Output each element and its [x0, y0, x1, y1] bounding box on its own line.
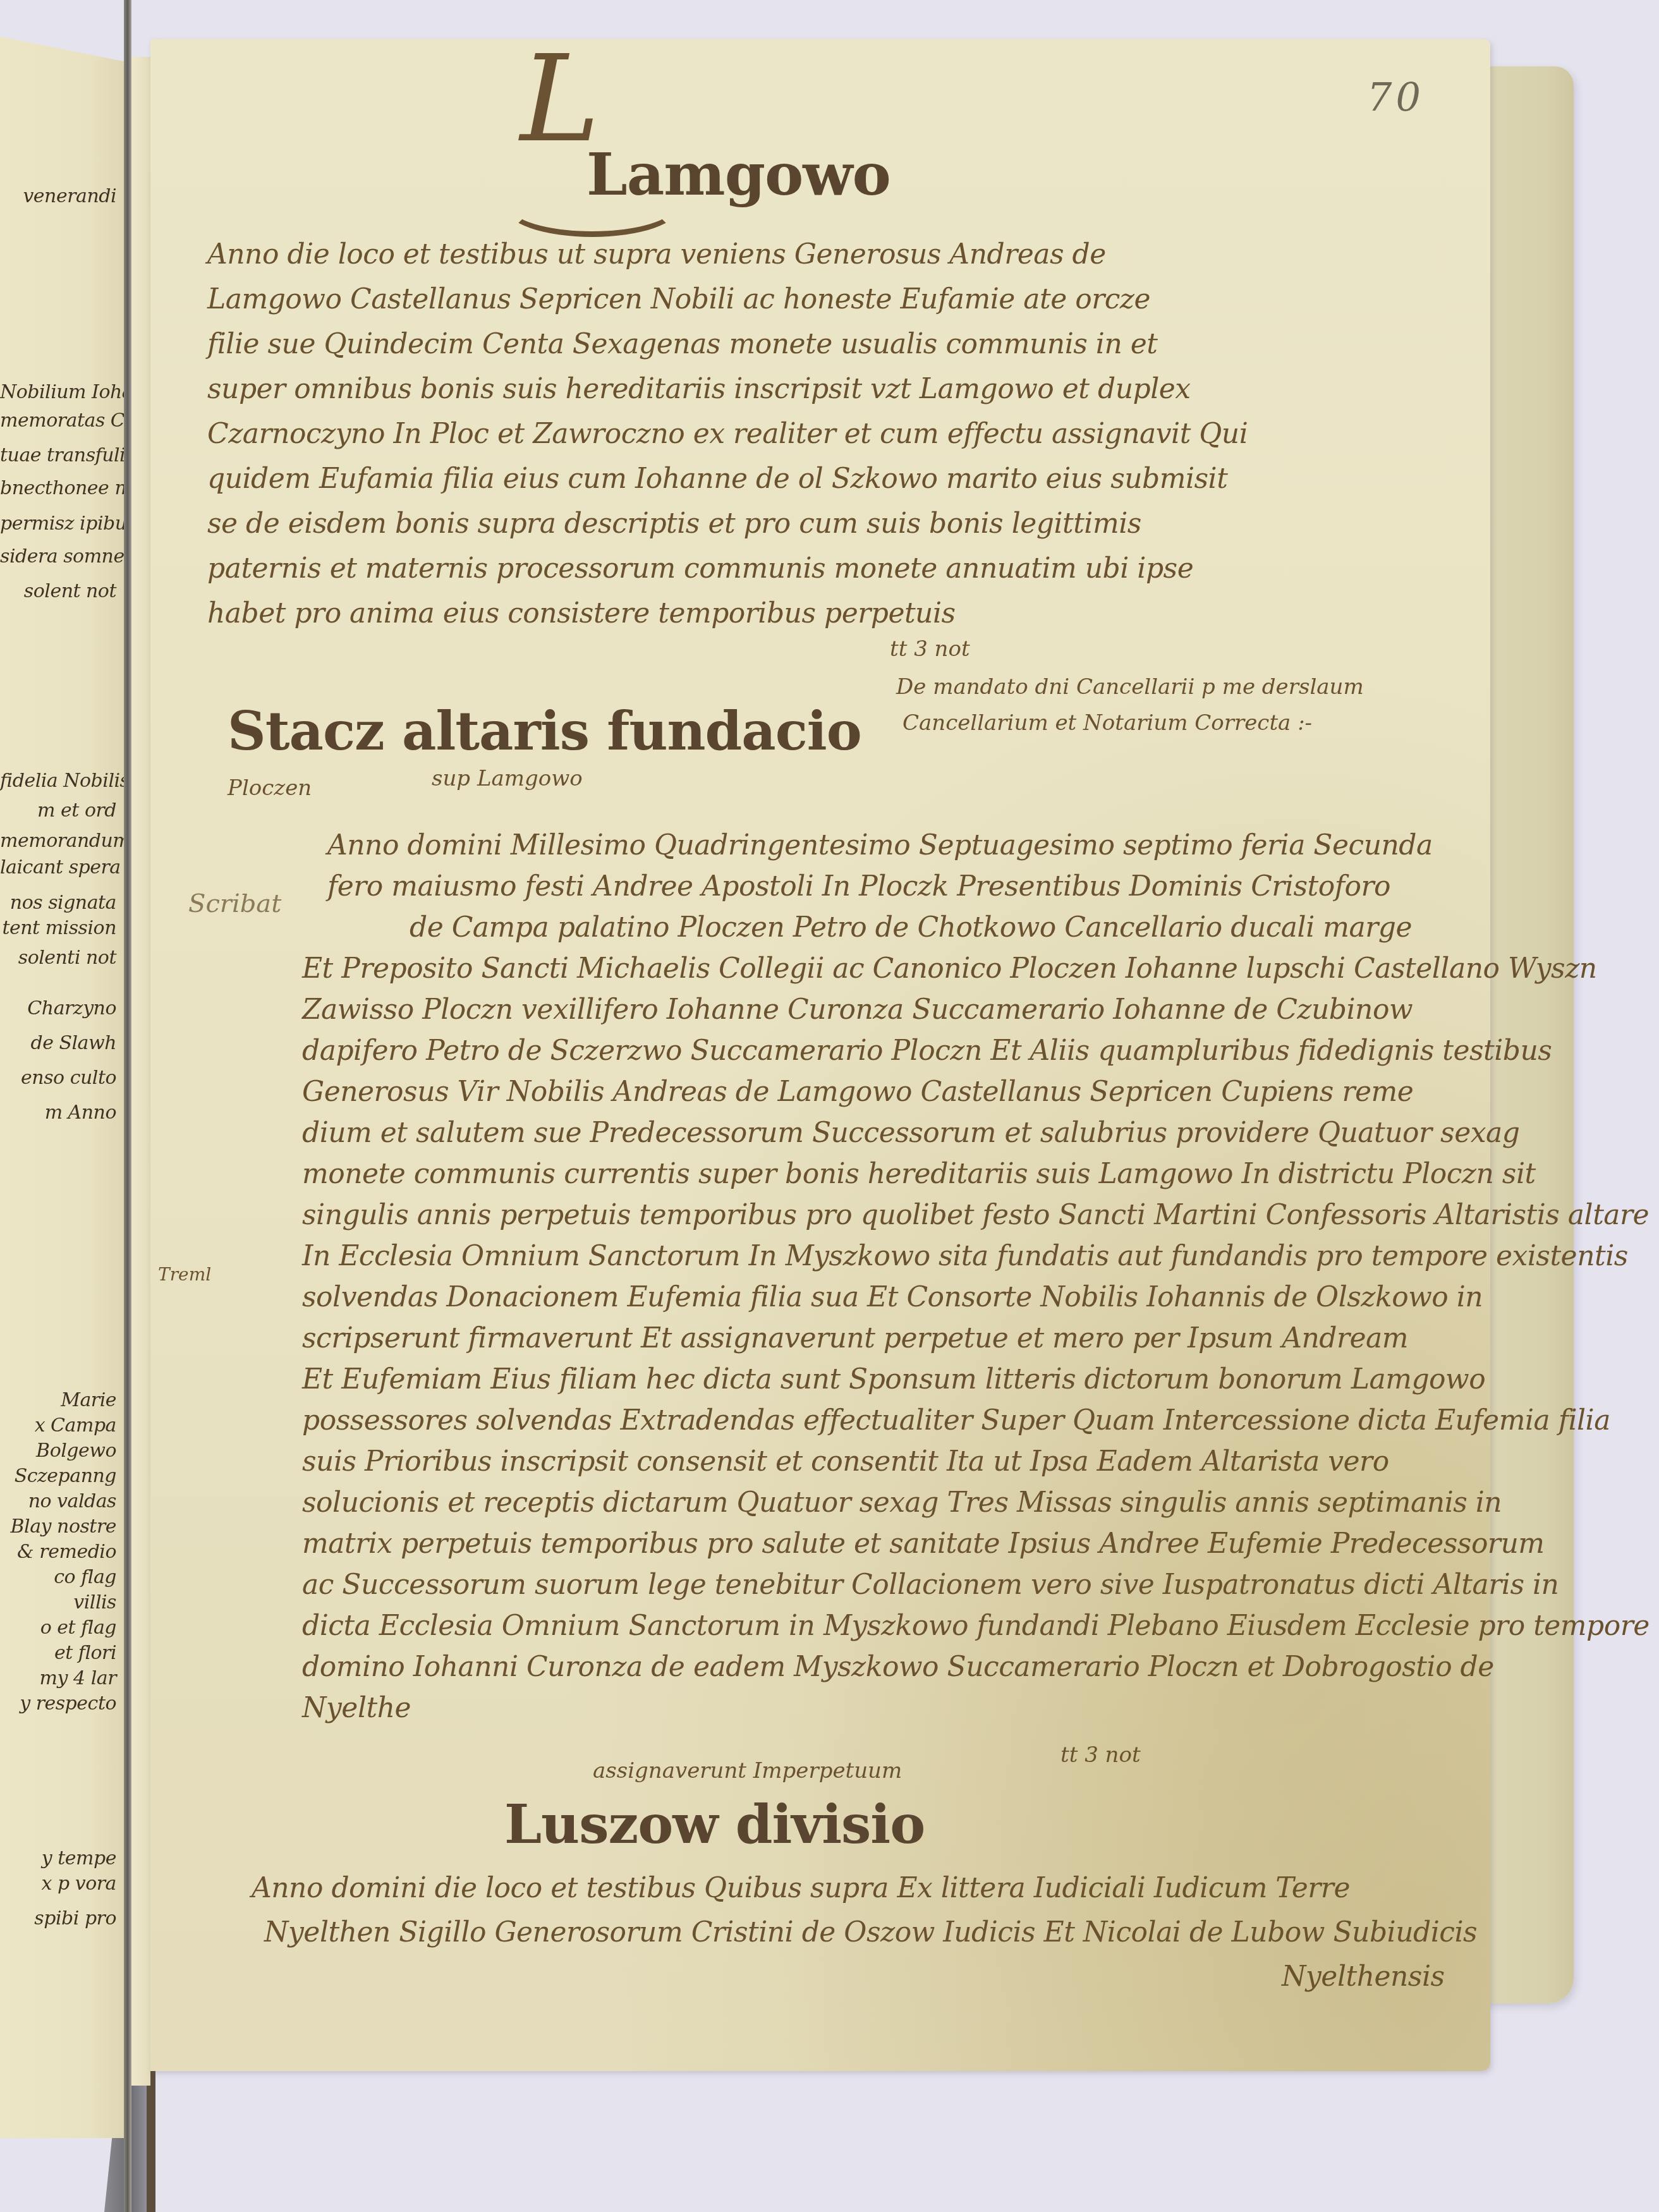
left-page-note: tent mission — [0, 915, 126, 942]
side-note-line-1: De mandato dni Cancellarii p me derslaum — [896, 674, 1364, 700]
text-line: Anno domini die loco et testibus Quibus … — [252, 1872, 1350, 1904]
left-page-note: Marie — [0, 1387, 126, 1414]
text-line: Anno domini Millesimo Quadringentesimo S… — [327, 829, 1433, 861]
text-line: dium et salutem sue Predecessorum Succes… — [302, 1117, 1519, 1149]
text-line: fero maiusmo festi Andree Apostoli In Pl… — [327, 870, 1390, 902]
left-page-note: bnecthonee m — [0, 475, 126, 502]
left-page-note: venerandi — [0, 183, 126, 210]
binding-gutter — [124, 0, 131, 2212]
subheading-ploczen: Ploczen — [228, 775, 312, 801]
main-folio: 70 L Lamgowo Anno die loco et testibus u… — [150, 39, 1490, 2071]
folio-number: 70 — [1367, 74, 1425, 120]
left-page-note: fidelia Nobilis — [0, 768, 126, 794]
left-page-note: Charzyno — [0, 995, 126, 1022]
text-line: solucionis et receptis dictarum Quatuor … — [302, 1486, 1502, 1519]
heading-lamgowo: Lamgowo — [586, 140, 890, 209]
left-page-note: enso culto — [0, 1065, 126, 1091]
text-line: Generosus Vir Nobilis Andreas de Lamgowo… — [302, 1076, 1413, 1108]
left-page-note: spibi pro — [0, 1905, 126, 1932]
left-page-note: my 4 lar — [0, 1665, 126, 1692]
text-line: filie sue Quindecim Centa Sexagenas mone… — [207, 328, 1157, 360]
marginal-mark: tt 3 not — [890, 636, 970, 662]
left-page-note: Bolgewo — [0, 1438, 126, 1464]
gutter-strip — [131, 57, 150, 2086]
text-line: monete communis currentis super bonis he… — [302, 1158, 1536, 1190]
left-page-note: Sczepanng — [0, 1463, 126, 1490]
left-page-note: co flag — [0, 1564, 126, 1591]
text-line: Et Preposito Sancti Michaelis Collegii a… — [302, 952, 1597, 985]
heading-stacz-altaris-fundacio: Stacz altaris fundacio — [228, 700, 861, 762]
left-page-note: memorandum — [0, 828, 126, 854]
left-page-note: sidera somnent — [0, 544, 126, 570]
text-line: se de eisdem bonis supra descriptis et p… — [207, 507, 1141, 540]
left-page-note: x Campa — [0, 1413, 126, 1439]
left-page-note: Nobilium Iohan — [0, 379, 126, 406]
text-line: suis Prioribus inscripsit consensit et c… — [302, 1445, 1389, 1478]
text-line: scripserunt firmaverunt Et assignaverunt… — [302, 1322, 1408, 1354]
left-page-note: no valdas — [0, 1488, 126, 1515]
left-page-note: villis — [0, 1589, 126, 1616]
text-line: matrix perpetuis temporibus pro salute e… — [302, 1528, 1544, 1560]
text-line: Zawisso Ploczn vexillifero Iohanne Curon… — [302, 994, 1413, 1026]
section-2-trailing-words: assignaverunt Imperpetuum — [593, 1758, 902, 1784]
text-line: Czarnoczyno In Ploc et Zawroczno ex real… — [207, 418, 1248, 450]
subheading-sup-lamgowo: sup Lamgowo — [432, 766, 583, 791]
left-page-note: y respecto — [0, 1691, 126, 1717]
left-page-note: nos signata — [0, 890, 126, 916]
text-line: Nyelthen Sigillo Generosorum Cristini de… — [264, 1916, 1477, 1948]
left-page-note: permisz ipibus — [0, 511, 126, 537]
left-page-note: m Anno — [0, 1100, 126, 1126]
text-line: In Ecclesia Omnium Sanctorum In Myszkowo… — [302, 1240, 1628, 1272]
text-line: possessores solvendas Extradendas effect… — [302, 1404, 1610, 1437]
text-line: solvendas Donacionem Eufemia filia sua E… — [302, 1281, 1483, 1313]
margin-note-scribat: Scribat — [188, 889, 281, 918]
left-page-note: x p vora — [0, 1871, 126, 1897]
left-page-note: solenti not — [0, 945, 126, 971]
text-line: Nyelthe — [302, 1692, 411, 1724]
left-page-note: laicant spera — [0, 854, 126, 881]
text-line: Anno die loco et testibus ut supra venie… — [207, 238, 1106, 270]
text-line: ac Successorum suorum lege tenebitur Col… — [302, 1569, 1559, 1601]
text-line: paternis et maternis processorum communi… — [207, 552, 1193, 585]
left-page-note: m et ord — [0, 798, 126, 824]
margin-mark-treml: Treml — [158, 1264, 211, 1285]
left-page-note: y tempe — [0, 1845, 126, 1872]
left-page-note: Blay nostre — [0, 1514, 126, 1540]
text-line: domino Iohanni Curonza de eadem Myszkowo… — [302, 1651, 1494, 1683]
text-line: Nyelthensis — [1282, 1960, 1445, 1993]
left-page-note: solent not — [0, 578, 126, 605]
text-line: quidem Eufamia filia eius cum Iohanne de… — [207, 463, 1227, 495]
left-page-note: & remedio — [0, 1539, 126, 1565]
text-line: dapifero Petro de Sczerzwo Succamerario … — [302, 1035, 1552, 1067]
text-line: de Campa palatino Ploczen Petro de Chotk… — [410, 911, 1412, 944]
left-page-note: et flori — [0, 1640, 126, 1667]
left-page-note: memoratas Castel — [0, 408, 126, 434]
left-page-note: de Slawh — [0, 1030, 126, 1057]
left-facing-page: venerandiNobilium Iohanmemoratas Castelt… — [0, 37, 126, 2138]
side-note-line-2: Cancellarium et Notarium Correcta :- — [902, 710, 1312, 736]
text-line: habet pro anima eius consistere temporib… — [207, 597, 956, 629]
text-line: Lamgowo Castellanus Sepricen Nobili ac h… — [207, 283, 1150, 315]
section-2-trailing-mark: tt 3 not — [1060, 1742, 1141, 1768]
heading-luszow-divisio: Luszow divisio — [504, 1793, 925, 1856]
text-line: dicta Ecclesia Omnium Sanctorum in Myszk… — [302, 1610, 1659, 1642]
text-line: Et Eufemiam Eius filiam hec dicta sunt S… — [302, 1363, 1485, 1395]
text-line: super omnibus bonis suis hereditariis in… — [207, 373, 1191, 405]
left-page-note: tuae transfulit p — [0, 442, 126, 469]
left-page-note: o et flag — [0, 1615, 126, 1641]
text-line: singulis annis perpetuis temporibus pro … — [302, 1199, 1649, 1231]
